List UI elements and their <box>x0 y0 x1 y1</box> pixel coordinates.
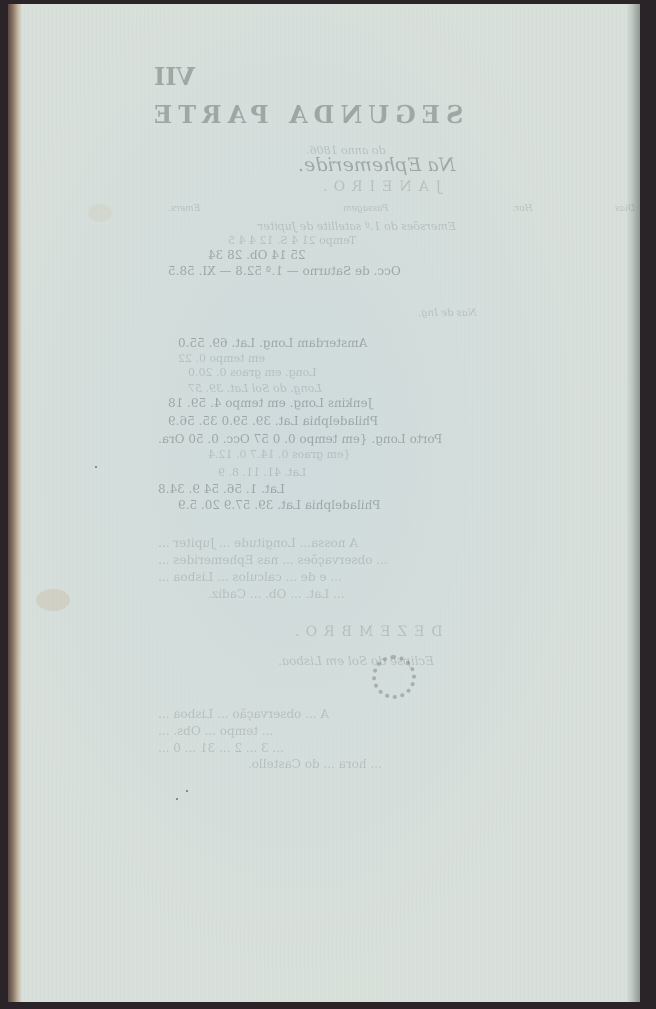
table-line: Lat. 41. 11. 8. 9 <box>218 466 306 479</box>
paragraph-line: ... tempo ... Obs. ... <box>158 724 273 738</box>
paper-speck <box>186 790 188 792</box>
paragraph-line: ... 3 ... 2 ... 31 ... 0 ... <box>158 741 284 755</box>
paper-stain <box>36 589 70 611</box>
paper-speck <box>176 798 178 800</box>
table-line: Jenkins Long. em tempo 4. 59. 18 <box>168 396 372 410</box>
table-line: Philadelphia Lat. 39. 57.9 20. 5.9 <box>178 498 380 512</box>
table-line: Lat. 1. 56. 54 9. 34.8 <box>158 482 285 496</box>
table-line: Occ. de Saturno — 1.ª 52.8 — XI. 58.5 <box>168 264 401 278</box>
table-line: Nas de Ing. <box>418 308 477 319</box>
page-number: VII <box>154 62 195 91</box>
column-header-passagem: Passagem <box>343 204 388 214</box>
table-line: {em graos 0. 14.7 0. 12.4 <box>208 448 351 461</box>
paragraph-line: ... Lat. ... Ob. ... Cadiz. <box>208 587 345 601</box>
paragraph-line: ... e de ... calculos ... Lisboa ... <box>158 570 342 584</box>
table-line: Emersões do 1.º satellite de Jupiter <box>258 220 456 233</box>
table-line: Long. em graos 0. 20.0 <box>188 366 317 379</box>
column-header-emers: Emers. <box>168 204 200 214</box>
sun-eclipse-icon <box>372 655 416 699</box>
table-line: em tempo 0. 22 <box>178 352 265 365</box>
subtitle: Na Ephemeride. <box>298 154 455 176</box>
table-line: 25 14 Ob. 28 34 <box>208 248 306 262</box>
table-line: Porto Long. {em tempo 0. 0 57 Occ. 0. 50… <box>158 432 442 446</box>
month-heading: JANEIRO. <box>316 179 441 195</box>
section-heading: DEZEMBRO. <box>288 624 443 640</box>
paragraph-line: ... observações ... nas Ephemerides ... <box>158 553 388 567</box>
table-line: Long. do Sol Lat. 39. 57 <box>188 382 322 395</box>
table-line: Amsterdam Long. Lat. 69. 55.0 <box>178 336 367 350</box>
table-line: Tempo 21 4 S. 12 4 4 5 <box>228 234 356 247</box>
page-edge-right <box>626 4 640 1002</box>
column-header-dias: Dias <box>615 204 635 214</box>
paragraph-line: A nossa... Longitude ... Jupiter ... <box>158 536 358 550</box>
scanned-page: VII SEGUNDA PARTE do anno 1806. Na Ephem… <box>8 4 640 1002</box>
column-header-hor: Hor. <box>513 204 532 214</box>
paragraph-line: A ... observação ... Lisboa ... <box>158 707 329 721</box>
table-line: Philadelphia Lat. 39. 59.0 35. 56.9 <box>168 414 378 428</box>
paragraph-line: ... hora ... do Castello. <box>248 757 382 771</box>
page-edge-left <box>8 4 22 1002</box>
paper-speck <box>95 466 97 468</box>
paper-stain <box>88 204 112 222</box>
page-title: SEGUNDA PARTE <box>148 100 463 129</box>
